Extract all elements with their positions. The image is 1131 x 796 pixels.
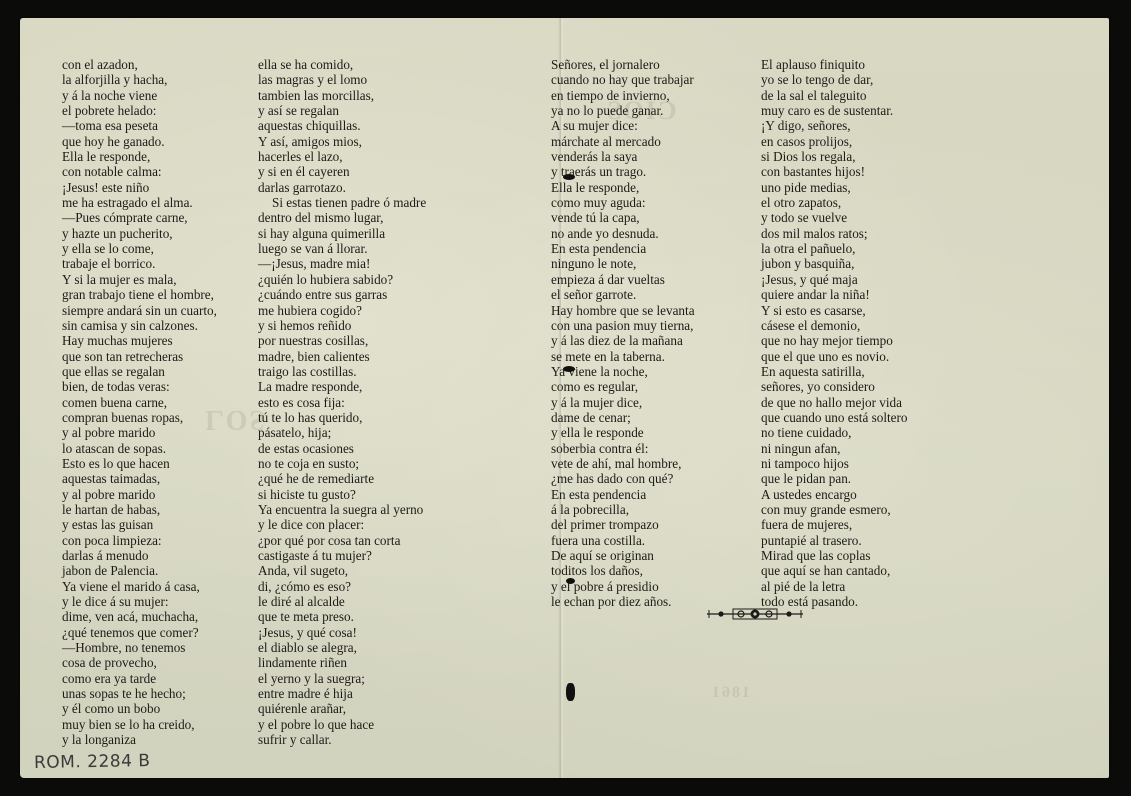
verse-line: de la sal el taleguito (761, 88, 908, 103)
verse-line: hacerles el lazo, (258, 149, 426, 164)
verse-line: ¿cuándo entre sus garras (258, 287, 426, 302)
verse-line: no te coja en susto; (258, 456, 426, 471)
verse-line: ¡Jesus, y qué cosa! (258, 625, 426, 640)
verse-line: Y si esto es casarse, (761, 303, 908, 318)
verse-line: ninguno le note, (551, 256, 695, 271)
verse-line: ¿qué tenemos que comer? (62, 625, 217, 640)
verse-line: márchate al mercado (551, 134, 695, 149)
verse-line: que son tan retrecheras (62, 349, 217, 364)
verse-line: y hazte un pucherito, (62, 226, 217, 241)
verse-line: que ellas se regalan (62, 364, 217, 379)
verse-line: y el pobre lo que hace (258, 717, 426, 732)
verse-line: señores, yo considero (761, 379, 908, 394)
verse-line: Mirad que las coplas (761, 548, 908, 563)
verse-line: que cuando uno está soltero (761, 410, 908, 425)
verse-line: venderás la saya (551, 149, 695, 164)
verse-line: que hoy he ganado. (62, 134, 217, 149)
verse-line: por nuestras cosillas, (258, 333, 426, 348)
verse-line: le hartan de habas, (62, 502, 217, 517)
verse-line: con bastantes hijos! (761, 164, 908, 179)
verse-line: muy caro es de sustentar. (761, 103, 908, 118)
verse-line: empieza á dar vueltas (551, 272, 695, 287)
verse-line: si Dios los regala, (761, 149, 908, 164)
verse-line: tú te lo has querido, (258, 410, 426, 425)
verse-line: el pobrete helado: (62, 103, 217, 118)
verse-line: compran buenas ropas, (62, 410, 217, 425)
verse-line: pásatelo, hija; (258, 425, 426, 440)
verse-line: y la longaniza (62, 732, 217, 747)
verse-line: —Pues cómprate carne, (62, 210, 217, 225)
verse-line: se mete en la taberna. (551, 349, 695, 364)
verse-column-4: El aplauso finiquitoyo se lo tengo de da… (761, 57, 908, 609)
verse-line: —¡Jesus, madre mia! (258, 256, 426, 271)
verse-line: al pié de la letra (761, 579, 908, 594)
verse-line: aquestas chiquillas. (258, 118, 426, 133)
verse-line: dime, ven acá, muchacha, (62, 609, 217, 624)
verse-line: como era ya tarde (62, 671, 217, 686)
ink-blot (566, 683, 575, 701)
verse-line: que el que uno es novio. (761, 349, 908, 364)
verse-line: á la pobrecilla, (551, 502, 695, 517)
verse-line: Ya encuentra la suegra al yerno (258, 502, 426, 517)
verse-line: ni ningun afan, (761, 441, 908, 456)
verse-line: que no hay mejor tiempo (761, 333, 908, 348)
verse-line: ¿por qué por cosa tan corta (258, 533, 426, 548)
verse-line: comen buena carne, (62, 395, 217, 410)
verse-line: jabon de Palencia. (62, 563, 217, 578)
verse-line: madre, bien calientes (258, 349, 426, 364)
verse-line: y así se regalan (258, 103, 426, 118)
verse-line: castigaste á tu mujer? (258, 548, 426, 563)
verse-line: cosa de provecho, (62, 655, 217, 670)
verse-line: bien, de todas veras: (62, 379, 217, 394)
verse-line: el yerno y la suegra; (258, 671, 426, 686)
verse-line: sin camisa y sin calzones. (62, 318, 217, 333)
verse-line: que aquí se han cantado, (761, 563, 908, 578)
verse-line: ya no lo puede ganar. (551, 103, 695, 118)
verse-line: De aquí se originan (551, 548, 695, 563)
ink-blot (563, 366, 575, 372)
verse-line: con una pasion muy tierna, (551, 318, 695, 333)
verse-line: ¡Y digo, señores, (761, 118, 908, 133)
verse-line: me hubiera cogido? (258, 303, 426, 318)
verse-line: darlas á menudo (62, 548, 217, 563)
verse-line: de que no hallo mejor vida (761, 395, 908, 410)
verse-line: que te meta preso. (258, 609, 426, 624)
verse-line: la otra el pañuelo, (761, 241, 908, 256)
verse-line: Ella le responde, (551, 180, 695, 195)
verse-line: En esta pendencia (551, 241, 695, 256)
call-number-label: ROM. 2284 B (34, 751, 151, 773)
verse-line: las magras y el lomo (258, 72, 426, 87)
verse-line: Si estas tienen padre ó madre (258, 195, 426, 210)
verse-line: darlas garrotazo. (258, 180, 426, 195)
verse-line: Ya viene el marido á casa, (62, 579, 217, 594)
ink-blot (563, 174, 575, 180)
verse-line: con poca limpieza: (62, 533, 217, 548)
verse-line: siempre andará sin un cuarto, (62, 303, 217, 318)
verse-line: puntapié al trasero. (761, 533, 908, 548)
verse-line: ¿qué he de remediarte (258, 471, 426, 486)
verse-line: no ande yo desnuda. (551, 226, 695, 241)
verse-line: y á la mujer dice, (551, 395, 695, 410)
verse-line: La madre responde, (258, 379, 426, 394)
verse-line: le echan por diez años. (551, 594, 695, 609)
verse-line: y él como un bobo (62, 701, 217, 716)
verse-line: Anda, vil sugeto, (258, 563, 426, 578)
ink-blot (566, 578, 575, 584)
verse-line: gran trabajo tiene el hombre, (62, 287, 217, 302)
verse-column-3: Señores, el jornalerocuando no hay que t… (551, 57, 695, 609)
verse-line: Y así, amigos mios, (258, 134, 426, 149)
verse-line: y todo se vuelve (761, 210, 908, 225)
verse-line: y á las diez de la mañana (551, 333, 695, 348)
verse-line: yo se lo tengo de dar, (761, 72, 908, 87)
verse-line: y le dice con placer: (258, 517, 426, 532)
verse-line: de estas ocasiones (258, 441, 426, 456)
verse-line: y si hemos reñido (258, 318, 426, 333)
verse-line: cásese el demonio, (761, 318, 908, 333)
verse-line: ¡Jesus! este niño (62, 180, 217, 195)
verse-line: trabaje el borrico. (62, 256, 217, 271)
flourish-ornament-icon (705, 607, 805, 621)
verse-line: —toma esa peseta (62, 118, 217, 133)
verse-line: toditos los daños, (551, 563, 695, 578)
verse-line: vende tú la capa, (551, 210, 695, 225)
verse-line: que le pidan pan. (761, 471, 908, 486)
verse-line: di, ¿cómo es eso? (258, 579, 426, 594)
verse-line: quiérenle arañar, (258, 701, 426, 716)
verse-line: fuera de mujeres, (761, 517, 908, 532)
verse-line: con notable calma: (62, 164, 217, 179)
verse-line: uno pide medias, (761, 180, 908, 195)
verse-line: luego se van á llorar. (258, 241, 426, 256)
verse-line: y ella se lo come, (62, 241, 217, 256)
verse-line: quiere andar la niña! (761, 287, 908, 302)
verse-line: si hay alguna quimerilla (258, 226, 426, 241)
verse-line: En aquesta satirilla, (761, 364, 908, 379)
verse-line: la alforjilla y hacha, (62, 72, 217, 87)
verse-line: dos mil malos ratos; (761, 226, 908, 241)
show-through-text: 1861 (710, 684, 750, 702)
verse-line: con muy grande esmero, (761, 502, 908, 517)
verse-line: —Hombre, no tenemos (62, 640, 217, 655)
verse-line: Hay muchas mujeres (62, 333, 217, 348)
verse-line: vete de ahí, mal hombre, (551, 456, 695, 471)
verse-line: dame de cenar; (551, 410, 695, 425)
verse-line: ¿quién lo hubiera sabido? (258, 272, 426, 287)
verse-line: unas sopas te he hecho; (62, 686, 217, 701)
verse-line: como muy aguda: (551, 195, 695, 210)
verse-line: ella se ha comido, (258, 57, 426, 72)
verse-line: del primer trompazo (551, 517, 695, 532)
verse-line: lindamente riñen (258, 655, 426, 670)
verse-line: y á la noche viene (62, 88, 217, 103)
verse-column-2: ella se ha comido,las magras y el lomota… (258, 57, 426, 747)
verse-line: ¡Jesus, y qué maja (761, 272, 908, 287)
verse-line: me ha estragado el alma. (62, 195, 217, 210)
verse-line: y ella le responde (551, 425, 695, 440)
verse-line: y estas las guisan (62, 517, 217, 532)
verse-line: Esto es lo que hacen (62, 456, 217, 471)
verse-line: en tiempo de invierno, (551, 88, 695, 103)
verse-line: dentro del mismo lugar, (258, 210, 426, 225)
verse-line: A su mujer dice: (551, 118, 695, 133)
verse-line: tambien las morcillas, (258, 88, 426, 103)
verse-line: lo atascan de sopas. (62, 441, 217, 456)
verse-line: y al pobre marido (62, 425, 217, 440)
verse-line: aquestas taimadas, (62, 471, 217, 486)
verse-line: y si en él cayeren (258, 164, 426, 179)
verse-line: muy bien se lo ha creido, (62, 717, 217, 732)
verse-line: en casos prolijos, (761, 134, 908, 149)
verse-line: y le dice á su mujer: (62, 594, 217, 609)
verse-line: le diré al alcalde (258, 594, 426, 609)
verse-line: no tiene cuidado, (761, 425, 908, 440)
verse-line: traigo las costillas. (258, 364, 426, 379)
verse-line: esto es cosa fija: (258, 395, 426, 410)
verse-line: soberbia contra él: (551, 441, 695, 456)
verse-line: como es regular, (551, 379, 695, 394)
verse-line: Ella le responde, (62, 149, 217, 164)
verse-line: ni tampoco hijos (761, 456, 908, 471)
verse-line: ¿me has dado con qué? (551, 471, 695, 486)
verse-line: Hay hombre que se levanta (551, 303, 695, 318)
verse-line: El aplauso finiquito (761, 57, 908, 72)
verse-line: En esta pendencia (551, 487, 695, 502)
verse-line: fuera una costilla. (551, 533, 695, 548)
verse-line: si hiciste tu gusto? (258, 487, 426, 502)
verse-line: y al pobre marido (62, 487, 217, 502)
verse-line: cuando no hay que trabajar (551, 72, 695, 87)
verse-column-1: con el azadon,la alforjilla y hacha,y á … (62, 57, 217, 747)
verse-line: Y si la mujer es mala, (62, 272, 217, 287)
verse-line: sufrir y callar. (258, 732, 426, 747)
verse-line: Señores, el jornalero (551, 57, 695, 72)
verse-line: A ustedes encargo (761, 487, 908, 502)
verse-line: el diablo se alegra, (258, 640, 426, 655)
verse-line: entre madre é hija (258, 686, 426, 701)
verse-line: jubon y basquiña, (761, 256, 908, 271)
verse-line: el otro zapatos, (761, 195, 908, 210)
verse-line: con el azadon, (62, 57, 217, 72)
verse-line: el señor garrote. (551, 287, 695, 302)
